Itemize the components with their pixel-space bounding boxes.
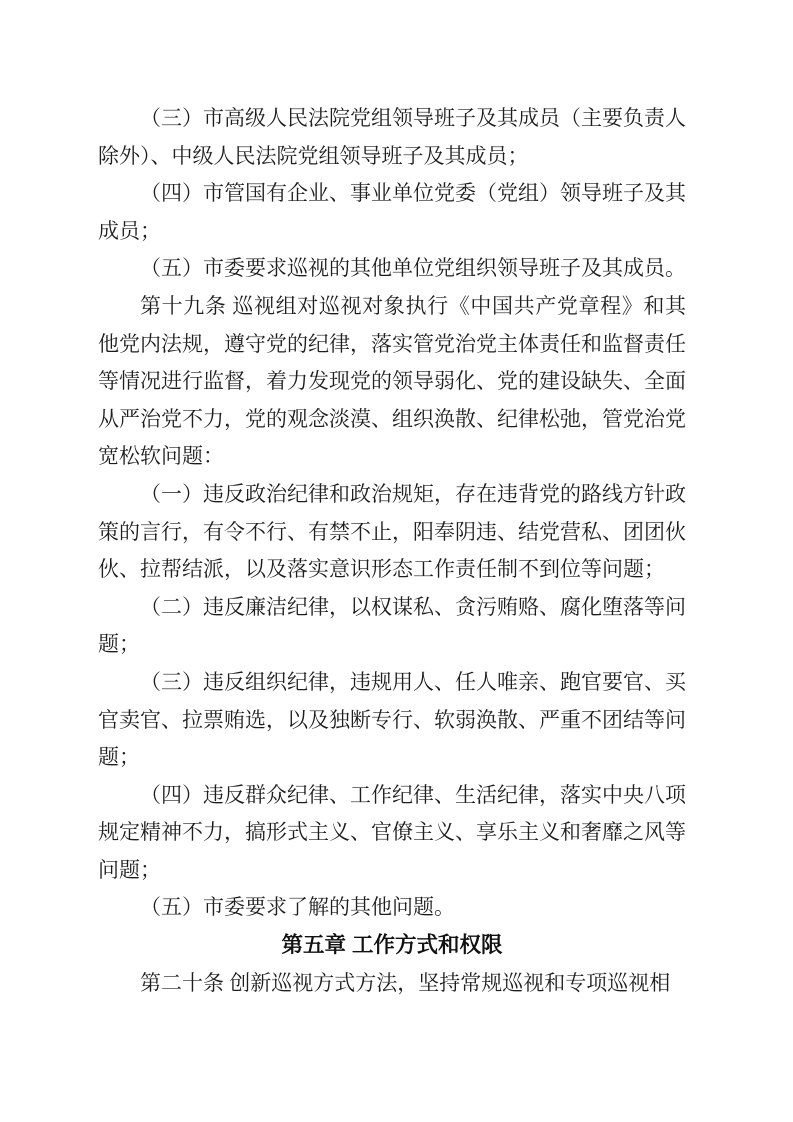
- document-paragraph: （二）违反廉洁纪律，以权谋私、贪污贿赂、腐化堕落等问题；: [98, 589, 686, 664]
- document-page: （三）市高级人民法院党组领导班子及其成员（主要负责人除外）、中级人民法院党组领导…: [0, 0, 793, 1122]
- document-paragraph: （四）违反群众纪律、工作纪律、生活纪律，落实中央八项规定精神不力，搞形式主义、官…: [98, 777, 686, 890]
- document-paragraph: （三）市高级人民法院党组领导班子及其成员（主要负责人除外）、中级人民法院党组领导…: [98, 100, 686, 175]
- document-paragraph: （五）市委要求了解的其他问题。: [98, 889, 686, 927]
- chapter-heading: 第五章 工作方式和权限: [98, 927, 686, 965]
- document-paragraph: （三）违反组织纪律，违规用人、任人唯亲、跑官要官、买官卖官、拉票贿选，以及独断专…: [98, 664, 686, 777]
- document-paragraph: （四）市管国有企业、事业单位党委（党组）领导班子及其成员；: [98, 175, 686, 250]
- document-paragraph: 第二十条 创新巡视方式方法，坚持常规巡视和专项巡视相: [98, 965, 686, 1003]
- document-text-block: （三）市高级人民法院党组领导班子及其成员（主要负责人除外）、中级人民法院党组领导…: [98, 100, 686, 1002]
- document-paragraph: （一）违反政治纪律和政治规矩，存在违背党的路线方针政策的言行，有令不行、有禁不止…: [98, 476, 686, 589]
- document-paragraph: 第十九条 巡视组对巡视对象执行《中国共产党章程》和其他党内法规，遵守党的纪律，落…: [98, 288, 686, 476]
- document-paragraph: （五）市委要求巡视的其他单位党组织领导班子及其成员。: [98, 250, 686, 288]
